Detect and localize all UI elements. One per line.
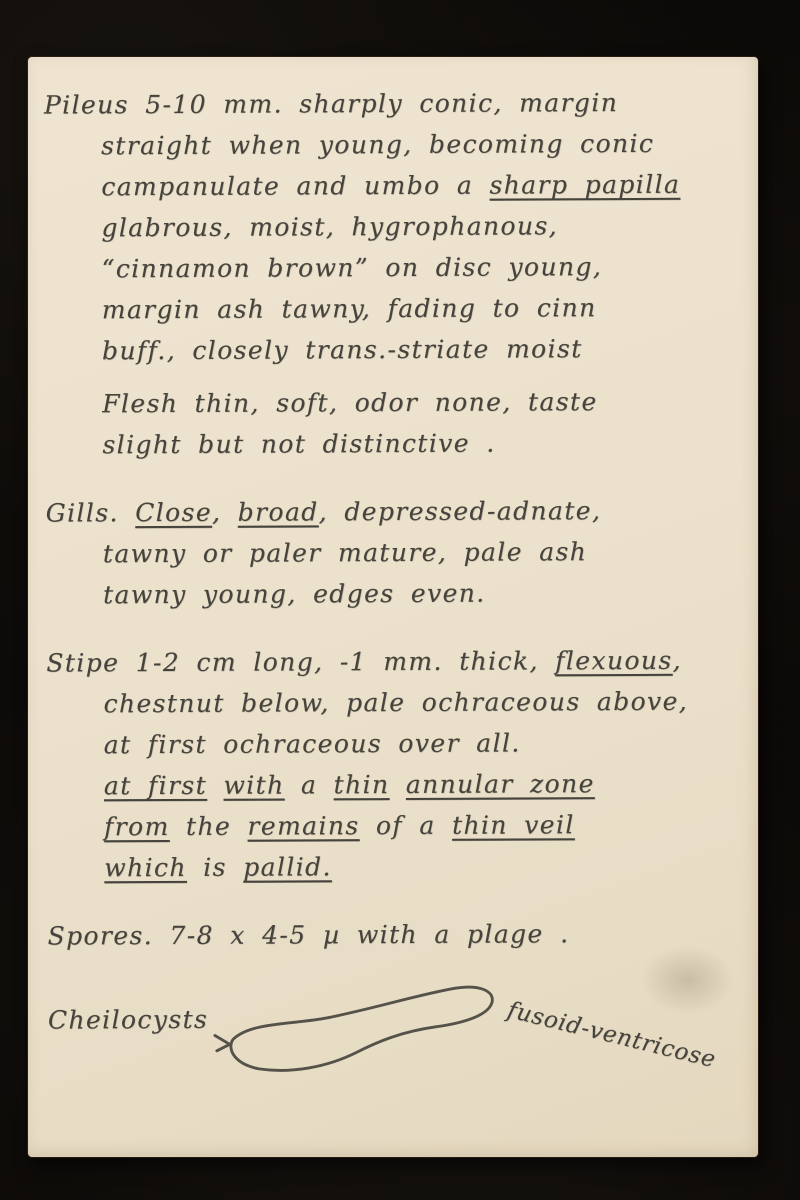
underlined-text: which: [104, 853, 187, 882]
text-segment: the: [170, 812, 248, 841]
handwritten-line: from the remains of a thin veil: [104, 803, 749, 847]
handwritten-line: campanulate and umbo a sharp papilla: [101, 163, 746, 207]
text-segment: Flesh thin, soft, odor none, taste: [102, 387, 598, 418]
photo-background: { "colors": { "background": "#0b0907", "…: [0, 0, 800, 1200]
text-segment: Pileus 5-10 mm. sharply conic, margin: [44, 88, 618, 120]
text-segment: campanulate and umbo a: [101, 171, 489, 202]
text-segment: a: [285, 770, 334, 799]
handwritten-line: Spores. 7-8 x 4-5 µ with a plage .: [47, 912, 749, 956]
handwritten-line: at first with a thin annular zone: [104, 762, 749, 806]
text-segment: buff., closely trans.-striate moist: [102, 334, 583, 365]
handwritten-line: buff., closely trans.-striate moist: [102, 327, 747, 371]
handwritten-line: Flesh thin, soft, odor none, taste: [102, 380, 747, 424]
handwritten-line: “cinnamon brown” on disc young,: [102, 245, 747, 289]
section-spores: Spores. 7-8 x 4-5 µ with a plage .: [47, 912, 749, 956]
text-segment: ,: [673, 646, 682, 675]
text-segment: glabrous, moist, hygrophanous,: [101, 211, 558, 242]
text-segment: of a: [360, 811, 453, 840]
underlined-text: annular zone: [406, 769, 595, 799]
text-segment: , depressed-adnate,: [319, 496, 602, 526]
underlined-text: thin: [334, 770, 390, 799]
underlined-text: thin veil: [452, 810, 575, 840]
underlined-text: with: [223, 770, 284, 799]
text-segment: Gills.: [46, 498, 136, 527]
cheilocystidia-row: Cheilocysts fusoid-ventricose: [48, 959, 750, 1076]
note-sections: Pileus 5-10 mm. sharply conic, marginstr…: [44, 81, 750, 956]
section-gills: Gills. Close, broad, depressed-adnate,ta…: [46, 489, 749, 615]
text-segment: [207, 771, 223, 800]
handwritten-line: tawny or paler mature, pale ash: [103, 530, 748, 574]
text-segment: slight but not distinctive .: [102, 429, 495, 460]
underlined-text: pallid.: [243, 852, 332, 881]
underlined-text: at first: [104, 771, 207, 800]
text-segment: Spores. 7-8 x 4-5 µ with a plage .: [47, 919, 569, 950]
handwritten-line: at first ochraceous over all.: [104, 721, 749, 765]
cheilocystidia-annotation: fusoid-ventricose: [503, 990, 720, 1081]
underlined-text: Close: [135, 498, 212, 527]
handwritten-line: straight when young, becoming conic: [101, 122, 746, 166]
note-content: Pileus 5-10 mm. sharply conic, marginstr…: [44, 81, 750, 1076]
underlined-text: flexuous: [555, 646, 673, 676]
text-segment: straight when young, becoming conic: [101, 129, 654, 160]
underlined-text: from: [104, 812, 170, 841]
text-segment: tawny young, edges even.: [103, 579, 486, 610]
section-pileus: Pileus 5-10 mm. sharply conic, marginstr…: [44, 81, 748, 465]
handwritten-line: margin ash tawny, fading to cinn: [102, 286, 747, 330]
cystidium-sketch-icon: [212, 979, 502, 1076]
text-segment: “cinnamon brown” on disc young,: [102, 252, 603, 283]
underlined-text: sharp papilla: [489, 170, 680, 200]
handwritten-line: tawny young, edges even.: [103, 571, 748, 615]
text-segment: tawny or paler mature, pale ash: [103, 537, 587, 568]
underlined-text: broad: [238, 497, 319, 526]
text-segment: at first ochraceous over all.: [104, 728, 521, 759]
section-stipe: Stipe 1-2 cm long, -1 mm. thick, flexuou…: [46, 639, 749, 888]
handwritten-line: Stipe 1-2 cm long, -1 mm. thick, flexuou…: [46, 639, 748, 683]
handwritten-line: chestnut below, pale ochraceous above,: [103, 680, 748, 724]
text-segment: ,: [212, 498, 238, 527]
cheilocystidia-label: Cheilocysts: [48, 998, 208, 1040]
text-segment: chestnut below, pale ochraceous above,: [103, 687, 688, 719]
handwritten-line: glabrous, moist, hygrophanous,: [101, 204, 746, 248]
text-segment: [389, 770, 405, 799]
text-segment: Stipe 1-2 cm long, -1 mm. thick,: [46, 646, 555, 677]
text-segment: is: [187, 853, 243, 882]
handwritten-line: which is pallid.: [104, 844, 749, 888]
handwritten-line: Gills. Close, broad, depressed-adnate,: [46, 489, 748, 533]
handwritten-note-card: Pileus 5-10 mm. sharply conic, marginstr…: [28, 57, 758, 1157]
handwritten-line: slight but not distinctive .: [102, 421, 747, 465]
underlined-text: remains: [247, 811, 359, 840]
text-segment: margin ash tawny, fading to cinn: [102, 293, 597, 324]
handwritten-line: Pileus 5-10 mm. sharply conic, margin: [44, 81, 746, 125]
